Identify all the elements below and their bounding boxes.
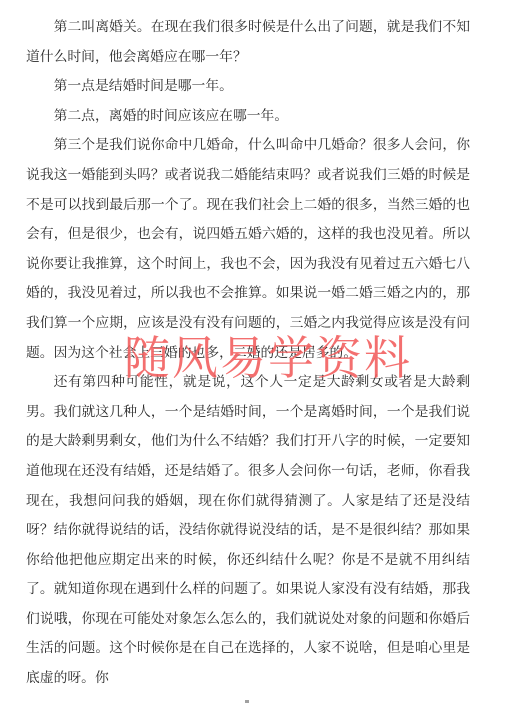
paragraph-point-one: 第一点是结婚时间是哪一年。: [26, 72, 470, 102]
paragraph-point-two: 第二点，离婚的时间应该应在哪一年。: [26, 102, 470, 132]
paragraph-divorce-intro: 第二叫离婚关。在现在我们很多时候是什么出了问题，就是我们不知道什么时间，他会离婚…: [26, 13, 470, 72]
paragraph-marriage-count: 第三个是我们说你命中几婚命，什么叫命中几婚命？很多人会问，你说我这一婚能到头吗？…: [26, 131, 470, 368]
paragraph-fourth-possibility: 还有第四种可能性，就是说，这个人一定是大龄剩女或者是大龄剩男。我们就这几种人，一…: [26, 368, 470, 694]
page-number-mark: [245, 700, 249, 703]
document-page: 第二叫离婚关。在现在我们很多时候是什么出了问题，就是我们不知道什么时间，他会离婚…: [26, 13, 470, 694]
